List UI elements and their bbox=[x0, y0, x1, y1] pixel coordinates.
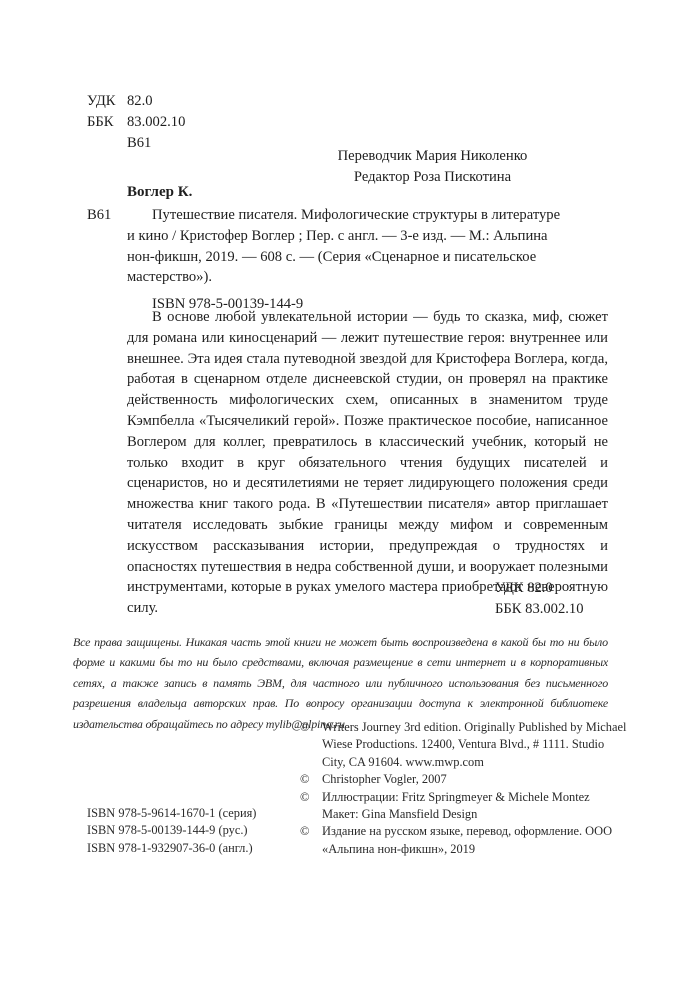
isbn-series: ISBN 978-5-9614-1670-1 (серия) bbox=[87, 805, 256, 822]
catalog-entry-text: Путешествие писателя. Мифологические стр… bbox=[127, 205, 608, 288]
copyright-item: ©Иллюстрации: Fritz Springmeyer & Michel… bbox=[300, 789, 630, 806]
copyright-text: Christopher Vogler, 2007 bbox=[322, 771, 630, 788]
code-label: УДК bbox=[87, 91, 127, 112]
copyright-icon: © bbox=[300, 823, 322, 858]
catalog-line: нон-фикшн, 2019. — 608 с. — (Серия «Сцен… bbox=[127, 247, 608, 268]
footer-codes: УДК 82.0 ББК 83.002.10 bbox=[495, 578, 584, 620]
code-label bbox=[87, 133, 127, 154]
catalog-line: мастерство»). bbox=[127, 267, 608, 288]
copyright-icon: © bbox=[300, 719, 322, 771]
udk-row: УДК82.0 bbox=[87, 91, 185, 112]
copyright-text: Макет: Gina Mansfield Design bbox=[322, 806, 630, 823]
copyright-text: Writers Journey 3rd edition. Originally … bbox=[322, 719, 630, 771]
code-label: ББК bbox=[87, 112, 127, 133]
footer-bbk: ББК 83.002.10 bbox=[495, 599, 584, 620]
editor-credit: Редактор Роза Пискотина bbox=[127, 167, 608, 188]
copyright-icon: © bbox=[300, 789, 322, 806]
copyright-item: Макет: Gina Mansfield Design bbox=[300, 806, 630, 823]
code-value: 82.0 bbox=[127, 91, 153, 112]
catalog-line: и кино / Кристофер Воглер ; Пер. с англ.… bbox=[127, 226, 608, 247]
catalog-line: Путешествие писателя. Мифологические стр… bbox=[127, 205, 608, 226]
copyright-block: ©Writers Journey 3rd edition. Originally… bbox=[300, 719, 630, 858]
copyright-text: Иллюстрации: Fritz Springmeyer & Michele… bbox=[322, 789, 630, 806]
isbn-list: ISBN 978-5-9614-1670-1 (серия) ISBN 978-… bbox=[87, 805, 256, 857]
copyright-icon bbox=[300, 806, 322, 823]
annotation: В основе любой увлекательной истории — б… bbox=[127, 307, 608, 619]
copyright-text: Издание на русском языке, перевод, оформ… bbox=[322, 823, 630, 858]
copyright-item: ©Christopher Vogler, 2007 bbox=[300, 771, 630, 788]
classification-codes: УДК82.0 ББК83.002.10 В61 bbox=[87, 91, 185, 153]
credits: Переводчик Мария Николенко Редактор Роза… bbox=[127, 146, 608, 188]
isbn-russian: ISBN 978-5-00139-144-9 (рус.) bbox=[87, 822, 256, 839]
copyright-item: ©Издание на русском языке, перевод, офор… bbox=[300, 823, 630, 858]
bbk-row: ББК83.002.10 bbox=[87, 112, 185, 133]
translator-credit: Переводчик Мария Николенко bbox=[127, 146, 608, 167]
footer-udk: УДК 82.0 bbox=[495, 578, 584, 599]
catalog-entry: В61 Путешествие писателя. Мифологические… bbox=[87, 205, 608, 288]
isbn-english: ISBN 978-1-932907-36-0 (англ.) bbox=[87, 840, 256, 857]
author-heading: Воглер К. bbox=[127, 184, 192, 201]
annotation-text: В основе любой увлекательной истории — б… bbox=[127, 307, 608, 619]
catalog-entry-label: В61 bbox=[87, 205, 111, 226]
code-value: 83.002.10 bbox=[127, 112, 185, 133]
copyright-item: ©Writers Journey 3rd edition. Originally… bbox=[300, 719, 630, 771]
copyright-icon: © bbox=[300, 771, 322, 788]
